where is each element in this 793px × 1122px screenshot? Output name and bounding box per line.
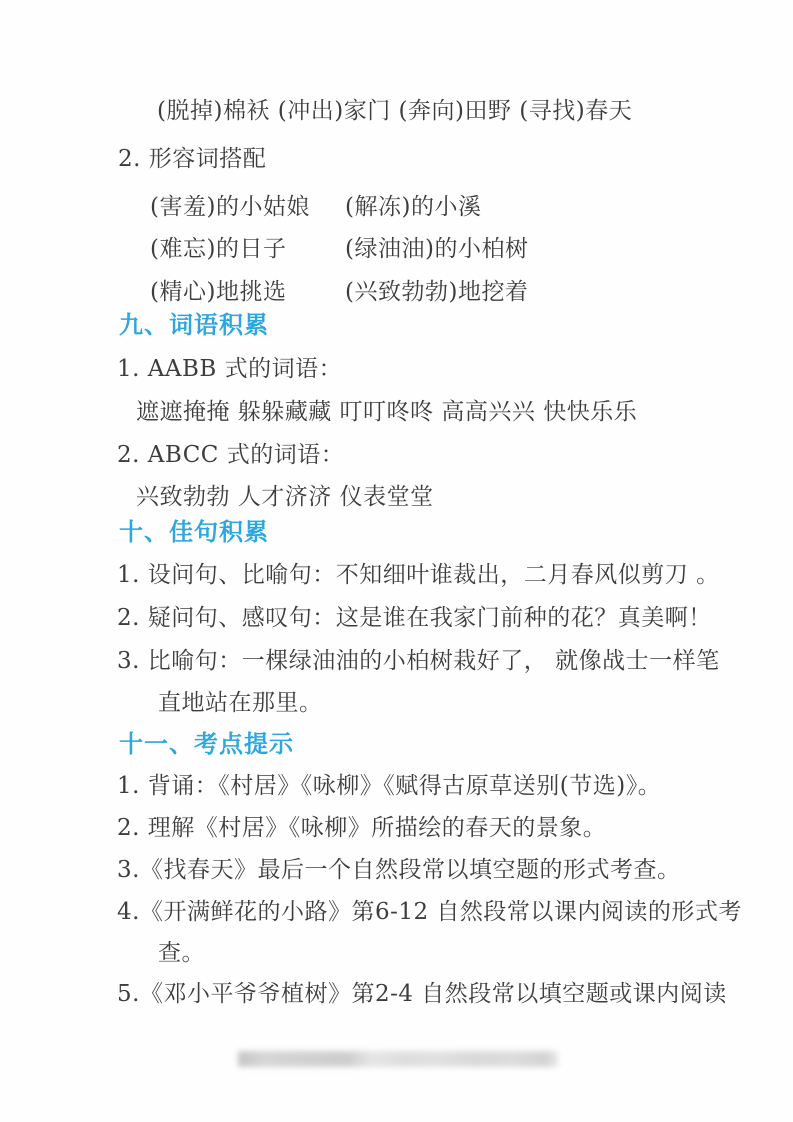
section11-item1: 1. 背诵：《村居》《咏柳》《赋得古原草送别(节选)》。: [117, 771, 661, 801]
adjective-pair-left: (害羞)的小姑娘: [150, 192, 345, 222]
document-page: (脱掉)棉袄 (冲出)家门 (奔向)田野 (寻找)春天 2. 形容词搭配 (害羞…: [0, 0, 793, 1122]
adjective-pair-row: (害羞)的小姑娘 (解冻)的小溪: [150, 192, 481, 222]
adjective-pair-right: (绿油油)的小柏树: [345, 234, 528, 264]
section11-item2: 2. 理解《村居》《咏柳》所描绘的春天的景象。: [117, 813, 606, 843]
section10-item3-line2: 直地站在那里。: [158, 688, 323, 718]
section9-item1-words: 遮遮掩掩 躲躲藏藏 叮叮咚咚 高高兴兴 快快乐乐: [136, 397, 637, 427]
section11-item3: 3.《找春天》最后一个自然段常以填空题的形式考查。: [117, 855, 680, 885]
section11-item4-line2: 查。: [158, 938, 205, 968]
section11-item4-line1: 4.《开满鲜花的小路》第6-12 自然段常以课内阅读的形式考: [117, 897, 742, 927]
adjective-pair-row: (难忘)的日子 (绿油油)的小柏树: [150, 234, 528, 264]
verb-collocations-line: (脱掉)棉袄 (冲出)家门 (奔向)田野 (寻找)春天: [157, 96, 632, 126]
adjective-pair-row: (精心)地挑选 (兴致勃勃)地挖着: [150, 277, 528, 307]
adjective-pair-right: (兴致勃勃)地挖着: [345, 277, 528, 307]
section10-item1: 1. 设问句、比喻句：不知细叶谁裁出，二月春风似剪刀 。: [117, 560, 720, 590]
adjective-pair-right: (解冻)的小溪: [345, 192, 481, 222]
section10-item3-line1: 3. 比喻句：一棵绿油油的小柏树栽好了， 就像战士一样笔: [117, 646, 720, 676]
adjective-pair-left: (难忘)的日子: [150, 234, 345, 264]
section10-item2: 2. 疑问句、感叹句：这是谁在我家门前种的花？真美啊！: [117, 603, 712, 633]
section9-item2-words: 兴致勃勃 人才济济 仪表堂堂: [136, 482, 434, 512]
blurred-watermark: [238, 1051, 558, 1067]
adjective-section-label: 2. 形容词搭配: [118, 144, 266, 174]
adjective-pair-left: (精心)地挑选: [150, 277, 345, 307]
heading-section-10-sentence-accumulation: 十、佳句积累: [119, 517, 269, 547]
section11-item5: 5.《邓小平爷爷植树》第2-4 自然段常以填空题或课内阅读: [117, 979, 727, 1009]
heading-section-9-word-accumulation: 九、词语积累: [119, 310, 269, 340]
section9-item1-label: 1. AABB 式的词语：: [117, 354, 342, 384]
heading-section-11-exam-points: 十一、考点提示: [119, 729, 294, 759]
section9-item2-label: 2. ABCC 式的词语：: [117, 440, 344, 470]
